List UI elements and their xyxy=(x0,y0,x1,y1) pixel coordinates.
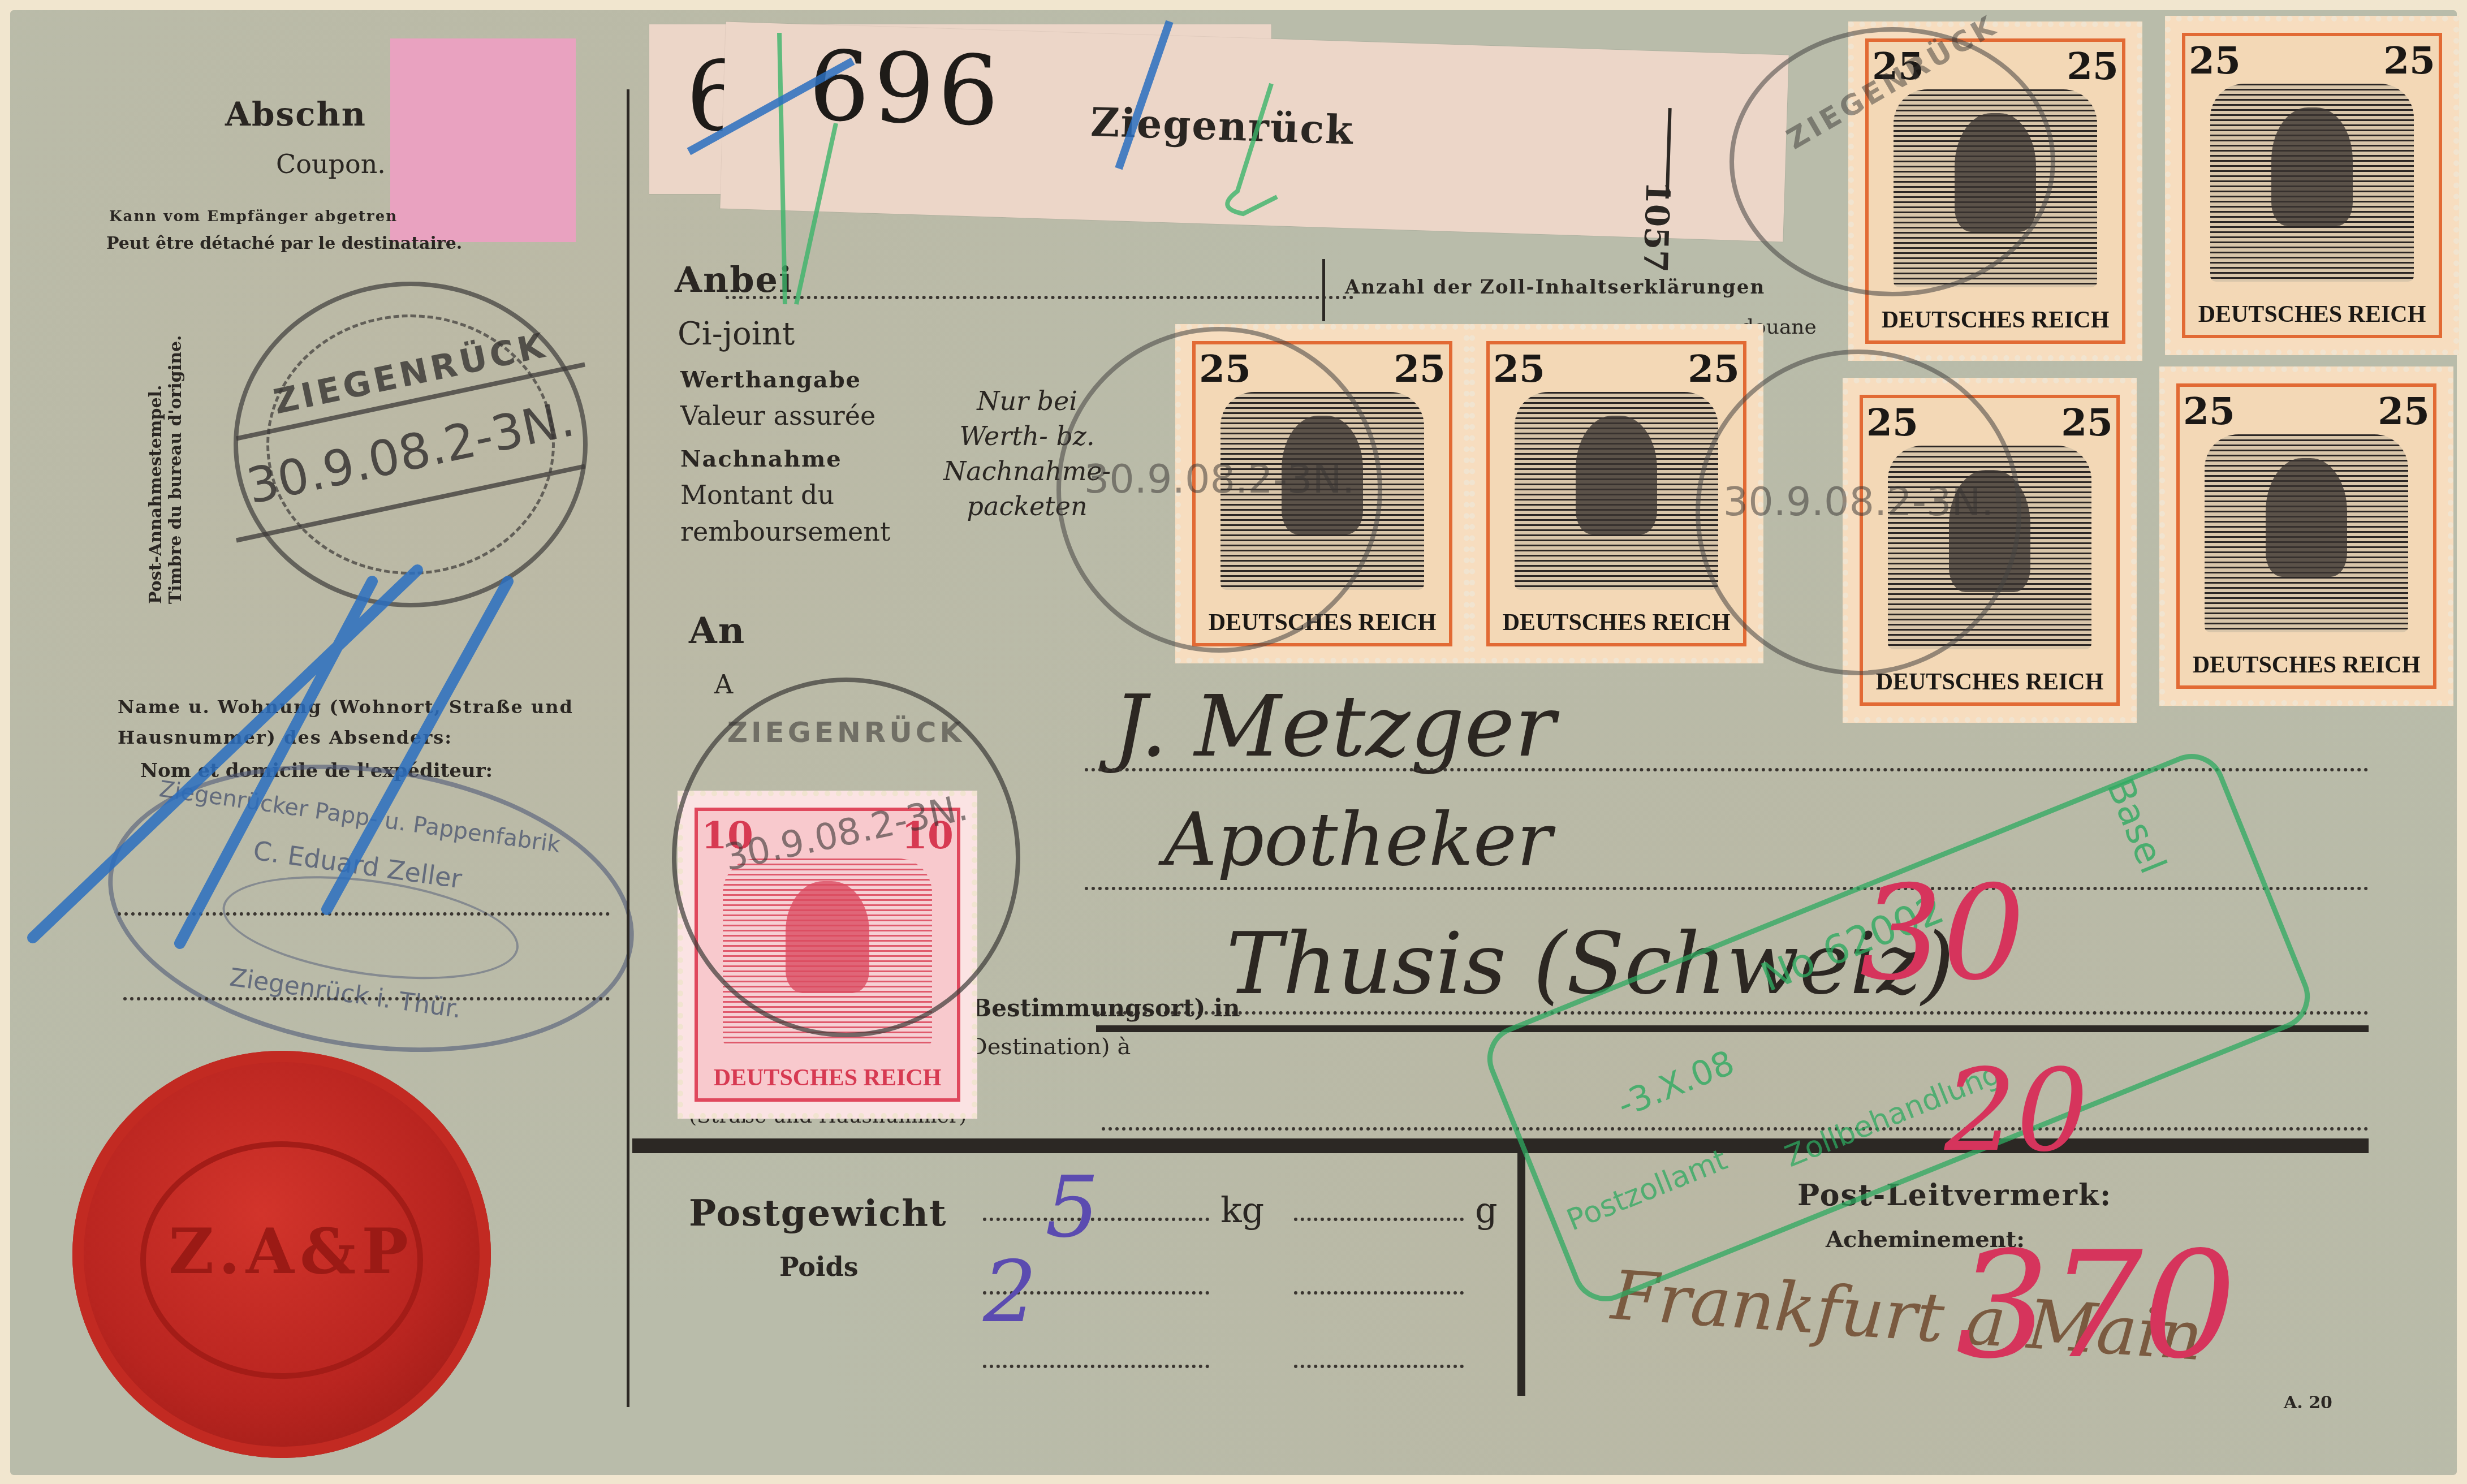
stamp-25-6: 2525 DEUTSCHES REICH xyxy=(2159,366,2453,706)
value-label-de: Werthangabe xyxy=(680,366,861,393)
wax-seal: Z.A&P xyxy=(72,1051,491,1458)
value-label-fr: Valeur assurée xyxy=(680,400,875,431)
routing-divider xyxy=(1517,1153,1525,1396)
form-divider-bar xyxy=(632,1138,2369,1153)
stamp-postmark-4: ZIEGENRÜCK 30.9.08.2-3N. xyxy=(672,678,1020,1037)
stamp-postmark-2: 30.9.08.2-3N. xyxy=(1696,350,2021,675)
pink-label-fragment xyxy=(390,38,576,242)
customs-place: Basel xyxy=(2098,773,2174,879)
coupon-title: Abschn xyxy=(225,95,366,133)
coupon-section: Abschn Coupon. Kann vom Empfänger abgetr… xyxy=(10,10,627,1475)
form-code: A. 20 xyxy=(2284,1393,2332,1413)
recipient-name: J. Metzger xyxy=(1113,678,1555,776)
recipient-title: Apotheker xyxy=(1164,796,1552,882)
to-label-fr: A xyxy=(714,669,733,700)
in-label: (Bestimmungsort) in xyxy=(960,994,1240,1022)
to-label-de: An xyxy=(689,610,745,652)
blue-check-marks xyxy=(666,10,1458,191)
stamp-postmark-1: 30.9.08.2-3N. xyxy=(1056,327,1382,653)
seal-monogram: Z.A&P xyxy=(169,1215,414,1288)
g-label: g xyxy=(1475,1189,1498,1231)
cod-label-fr-2: remboursement xyxy=(680,516,890,547)
red-fee-2: 20 xyxy=(1944,1045,2089,1177)
weight-value-2: 2 xyxy=(983,1243,1037,1341)
red-fee-3: 370 xyxy=(1956,1220,2236,1391)
stamp-postmark-3: ZIEGENRÜCK xyxy=(1730,27,2055,296)
a-label: (Destination) à xyxy=(960,1034,1131,1060)
coupon-note-de: Kann vom Empfänger abgetren xyxy=(109,208,398,225)
cod-label-de: Nachnahme xyxy=(680,446,842,472)
red-fee-1: 30 xyxy=(1860,859,2025,1010)
customs-text-1: Postzollamt xyxy=(1562,1143,1732,1238)
weight-label-de: Postgewicht xyxy=(689,1192,947,1235)
label-code: 1057 xyxy=(1636,180,1677,273)
weight-value-1: 5 xyxy=(1045,1158,1099,1257)
parcel-card: Abschn Coupon. Kann vom Empfänger abgetr… xyxy=(10,10,2457,1475)
customs-date: -3.X.08 xyxy=(1612,1043,1740,1125)
kg-label: kg xyxy=(1220,1189,1264,1231)
weight-label-fr: Poids xyxy=(779,1252,859,1282)
coupon-divider xyxy=(627,89,629,1407)
cod-label-fr-1: Montant du xyxy=(680,480,834,510)
coupon-subtitle: Coupon. xyxy=(276,149,386,179)
sender-line-2 xyxy=(123,997,610,1000)
blue-crayon-mark xyxy=(10,547,576,972)
coupon-note-fr: Peut être détaché par le destinataire. xyxy=(106,234,462,253)
stamp-25-4: 2525 DEUTSCHES REICH xyxy=(2165,16,2459,355)
